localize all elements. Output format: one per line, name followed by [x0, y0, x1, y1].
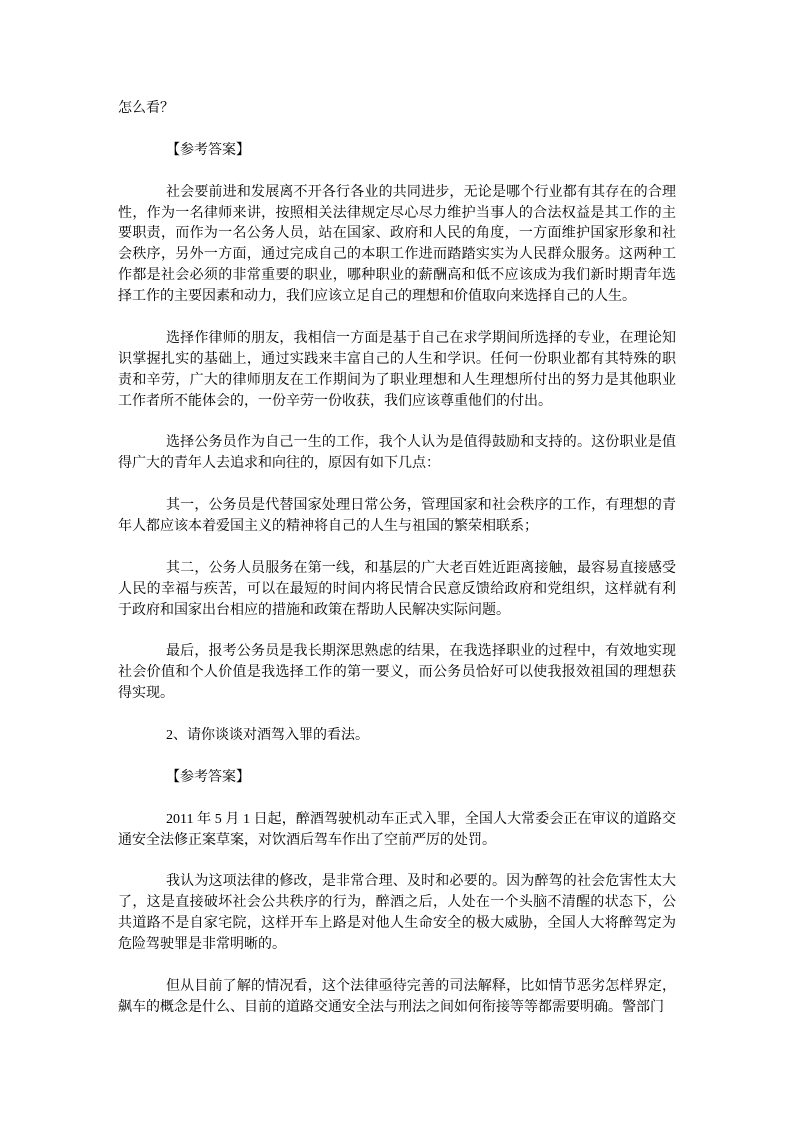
- document-page: 怎么看？ 【参考答案】 社会要前进和发展离不开各行各业的共同进步，无论是哪个行业…: [0, 0, 794, 1123]
- answer2-paragraph-opinion: 我认为这项法律的修改，是非常合理、及时和必要的。因为醉驾的社会危害性太大了，这是…: [118, 872, 676, 956]
- answer1-point-1: 其一，公务员是代替国家处理日常公务，管理国家和社会秩序的工作，有理想的青年人都应…: [118, 496, 676, 538]
- reference-answer-label-1: 【参考答案】: [118, 141, 676, 162]
- answer1-conclusion: 最后，报考公务员是我长期深思熟虑的结果，在我选择职业的过程中，有效地实现社会价值…: [118, 642, 676, 705]
- answer1-paragraph-civil-servant: 选择公务员作为自己一生的工作，我个人认为是值得鼓励和支持的。这份职业是值得广大的…: [118, 433, 676, 475]
- question-tail-line: 怎么看？: [118, 99, 676, 120]
- answer1-paragraph-lawyer: 选择作律师的朋友，我相信一方面是基于自己在求学期间所选择的专业，在理论知识掌握扎…: [118, 329, 676, 413]
- question-2: 2、请你谈谈对酒驾入罪的看法。: [118, 726, 676, 747]
- answer2-paragraph-issues: 但从目前了解的情况看，这个法律亟待完善的司法解释，比如情节恶劣怎样界定，飙车的概…: [118, 977, 676, 1019]
- reference-answer-label-2: 【参考答案】: [118, 768, 676, 789]
- answer2-paragraph-background: 2011 年 5 月 1 日起，醉酒驾驶机动车正式入罪，全国人大常委会正在审议的…: [118, 810, 676, 852]
- answer1-point-2: 其二，公务人员服务在第一线，和基层的广大老百姓近距离接触，最容易直接感受人民的幸…: [118, 559, 676, 622]
- answer1-paragraph-overview: 社会要前进和发展离不开各行各业的共同进步，无论是哪个行业都有其存在的合理性，作为…: [118, 183, 676, 308]
- document-text-block: 怎么看？ 【参考答案】 社会要前进和发展离不开各行各业的共同进步，无论是哪个行业…: [118, 99, 676, 1040]
